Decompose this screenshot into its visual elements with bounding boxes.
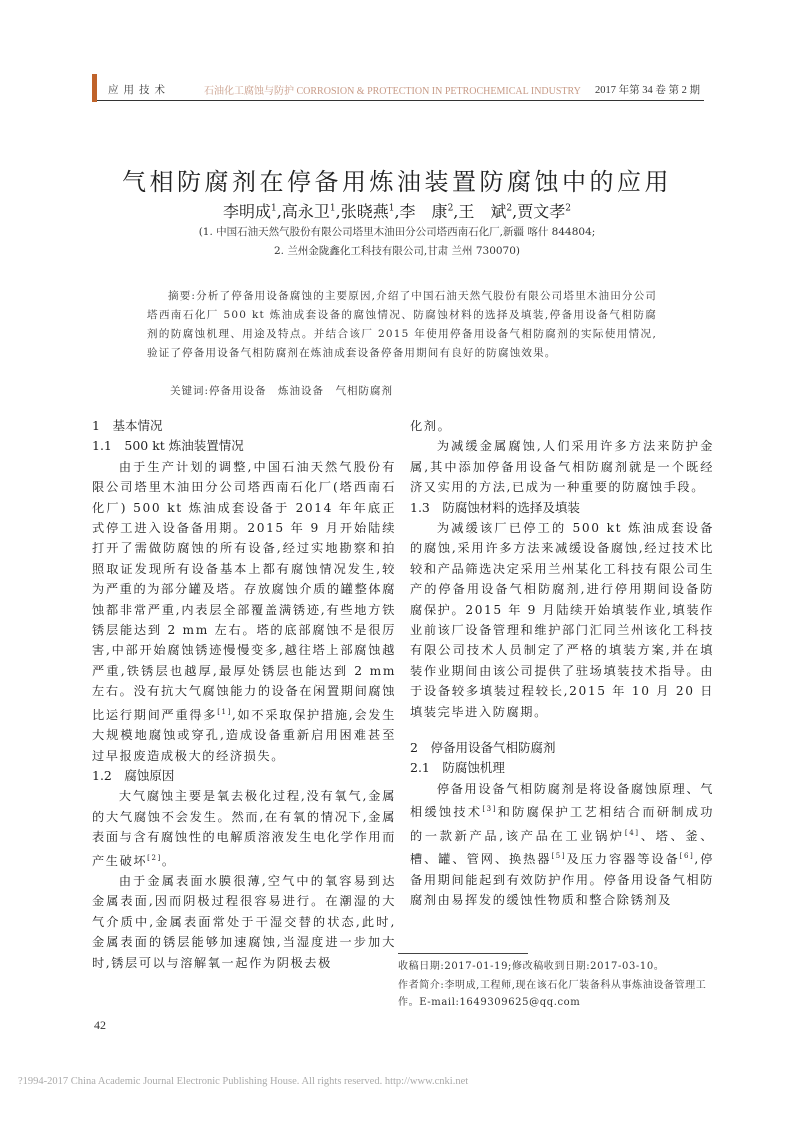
- author: 李明成1,: [223, 202, 282, 221]
- paragraph: 为减缓金属腐蚀,人们采用许多方法来防护金属,其中添加停备用设备气相防腐剂就是一个…: [410, 436, 714, 497]
- subsection-heading: 1.2 腐蚀原因: [92, 766, 396, 786]
- citation: [5]: [551, 852, 566, 860]
- header-accent-bar: [92, 74, 97, 102]
- affiliation-2: 2. 兰州金陇鑫化工科技有限公司,甘肃 兰州 730070): [0, 243, 794, 258]
- page-number: 42: [94, 1018, 106, 1033]
- affiliation-1: (1. 中国石油天然气股份有限公司塔里木油田分公司塔西南石化厂,新疆 喀什 84…: [0, 224, 794, 239]
- paragraph: 大气腐蚀主要是氧去极化过程,没有氧气,金属的大气腐蚀不会发生。然而,在有氧的情况…: [92, 786, 396, 871]
- author-list: 李明成1,高永卫1,张晓燕1,李 康2,王 斌2,贾文孝2: [0, 199, 794, 222]
- author: 贾文孝2: [517, 202, 571, 221]
- footnote-received-date: 收稿日期:2017-01-19;修改稿收到日期:2017-03-10。: [398, 958, 708, 975]
- abstract: 摘要:分析了停备用设备腐蚀的主要原因,介绍了中国石油天然气股份有限公司塔里木油田…: [147, 287, 657, 363]
- footnote-author-bio: 作者简介:李明成,工程师,现在该石化厂装备科从事炼油设备管理工作。E-mail:…: [398, 977, 708, 1011]
- paragraph: 停备用设备气相防腐剂是将设备腐蚀原理、气相缓蚀技术[3]和防腐保护工艺相结合而研…: [410, 779, 714, 911]
- left-column: 1 基本情况 1.1 500 kt 炼油装置情况 由于生产计划的调整,中国石油天…: [92, 416, 396, 973]
- citation: [2]: [147, 854, 162, 862]
- article-title: 气相防腐剂在停备用炼油装置防腐蚀中的应用: [0, 162, 794, 197]
- section-heading: 2 停备用设备气相防腐剂: [410, 738, 714, 758]
- running-header: 应用技术 石油化工腐蚀与防护 CORROSION & PROTECTION IN…: [92, 74, 704, 101]
- subsection-heading: 1.3 防腐蚀材料的选择及填装: [410, 498, 714, 518]
- paragraph: 由于金属表面水膜很薄,空气中的氧容易到达金属表面,因而阴极过程很容易进行。在潮湿…: [92, 871, 396, 973]
- copyright-notice: ?1994-2017 China Academic Journal Electr…: [18, 1076, 468, 1087]
- citation: [6]: [680, 852, 695, 860]
- subsection-heading: 2.1 防腐蚀机理: [410, 758, 714, 778]
- citation: [3]: [482, 805, 497, 813]
- header-section-label: 应用技术: [108, 82, 170, 97]
- author: 李 康2,: [400, 202, 459, 221]
- right-column: 化剂。 为减缓金属腐蚀,人们采用许多方法来防护金属,其中添加停备用设备气相防腐剂…: [410, 416, 714, 910]
- paragraph: 由于生产计划的调整,中国石油天然气股份有限公司塔里木油田分公司塔西南石化厂(塔西…: [92, 457, 396, 766]
- section-heading: 1 基本情况: [92, 416, 396, 436]
- author: 王 斌2,: [458, 202, 517, 221]
- paragraph-continued: 化剂。: [410, 416, 714, 436]
- author: 张晓燕1,: [341, 202, 400, 221]
- header-journal-name: 石油化工腐蚀与防护 CORROSION & PROTECTION IN PETR…: [204, 82, 581, 97]
- keywords: 关键词:停备用设备 炼油设备 气相防腐剂: [170, 383, 393, 398]
- footnote-divider: [398, 953, 528, 954]
- citation: [1]: [217, 708, 232, 716]
- author: 高永卫1,: [282, 202, 341, 221]
- paragraph: 为减缓该厂已停工的 500 kt 炼油成套设备的腐蚀,采用许多方法来减缓设备腐蚀…: [410, 518, 714, 722]
- header-issue: 2017 年第 34 卷 第 2 期: [595, 82, 700, 97]
- subsection-heading: 1.1 500 kt 炼油装置情况: [92, 436, 396, 456]
- citation: [4]: [625, 829, 640, 837]
